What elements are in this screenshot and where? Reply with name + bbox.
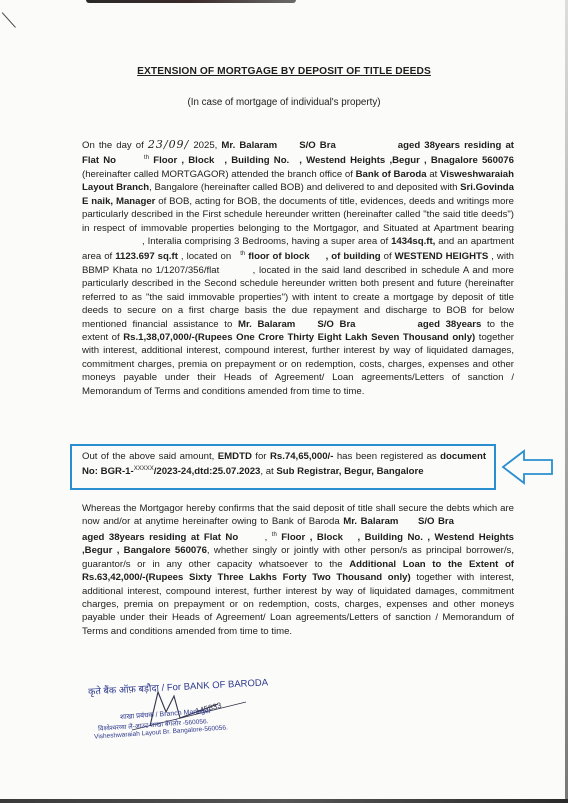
document-title: EXTENSION OF MORTGAGE BY DEPOSIT OF TITL… [0,66,568,77]
scanned-document-page: EXTENSION OF MORTGAGE BY DEPOSIT OF TITL… [0,0,568,803]
corner-pen-mark [2,12,16,28]
bank-stamp: कृते बैंक ऑफ़ बड़ौदा / For BANK OF BAROD… [88,680,258,740]
redacted-number: XXXXX [134,466,154,472]
bank-name: Bank of Baroda [356,169,427,180]
left-arrow-icon [500,448,556,486]
emdtd-amount: Rs.74,65,000/- [270,451,333,462]
mortgagor-name: Mr. Balaram [221,140,277,151]
document-subtitle: (In case of mortgage of individual's pro… [0,97,568,108]
handwritten-date: 23/09/ [148,138,189,151]
loan-amount: Rs.1,38,07,000/-(Rupees One Crore Thirty… [123,332,475,343]
paragraph-mortgage-details: On the day of 23/09/ 2025, Mr. BalaramS/… [82,138,514,398]
registrar: Sub Registrar, Begur, Bangalore [276,467,423,478]
project-name: WESTEND HEIGHTS [395,252,489,263]
highlighted-registration-box: Out of the above said amount, EMDTD for … [70,444,496,490]
paragraph-registration: Out of the above said amount, EMDTD for … [82,450,486,479]
scan-top-edge [86,0,296,3]
paragraph-additional-loan: Whereas the Mortgagor hereby confirms th… [82,502,514,638]
scan-bottom-edge [0,799,568,803]
